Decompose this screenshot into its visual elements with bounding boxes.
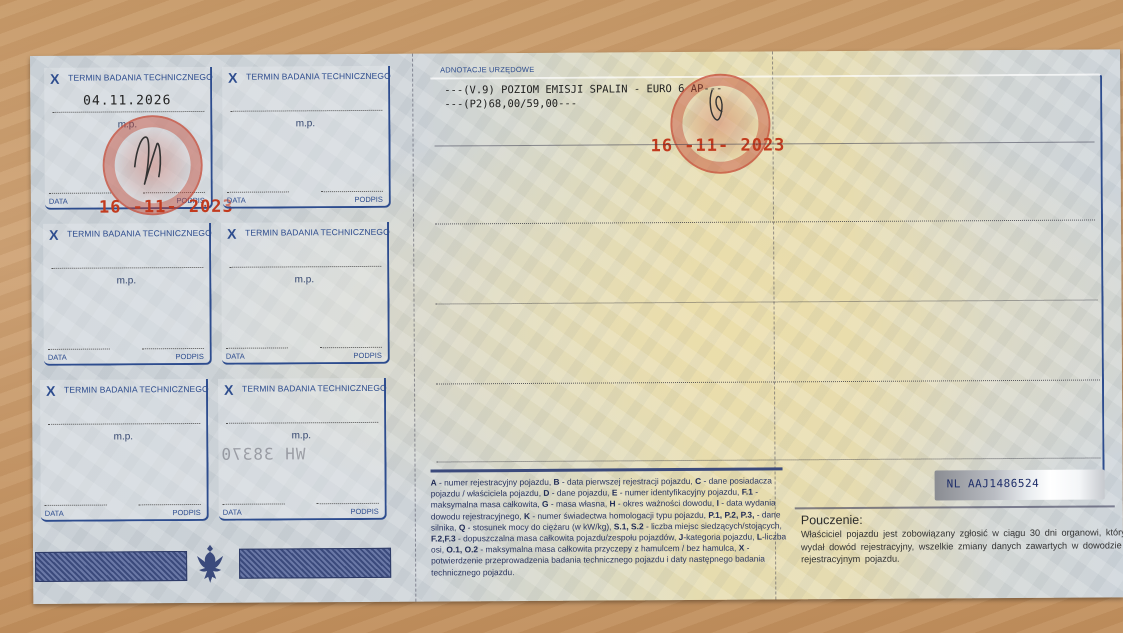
x-mark: X [50,71,59,87]
box-title: TERMIN BADANIA TECHNICZNEGO [67,228,212,239]
data-label: DATA [227,196,246,205]
notice-text: Właściciel pojazdu jest zobowiązany zgło… [801,526,1123,566]
inspection-box-4: X TERMIN BADANIA TECHNICZNEGO m.p. DATA … [221,222,390,365]
data-label: DATA [49,197,68,206]
x-mark: X [46,383,55,399]
date-line [48,423,200,425]
podpis-label: PODPIS [172,508,200,517]
podpis-line [317,503,379,504]
podpis-line [321,191,383,192]
hologram-serial: NL AAJ1486524 [947,477,1040,491]
perforation-ghost-text: WH 38370 [220,444,305,464]
date-line [229,266,381,268]
podpis-label: PODPIS [175,352,203,361]
stamp-date: 16 -11- 2023 [651,135,786,156]
signature-icon [128,127,168,197]
date-line [51,267,203,269]
data-line [48,349,110,350]
notice-title: Pouczenie: [801,513,863,527]
box-title: TERMIN BADANIA TECHNICZNEGO [242,383,387,394]
data-label: DATA [226,352,245,361]
data-line [49,193,111,194]
inspection-box-6: X TERMIN BADANIA TECHNICZNEGO m.p. WH 38… [218,378,387,521]
seal-placeholder: m.p. [43,275,209,287]
data-line [45,505,107,506]
x-mark: X [49,227,58,243]
data-label: DATA [48,353,67,362]
signature-icon [702,86,732,126]
podpis-line [142,348,204,349]
security-band-left [35,551,187,582]
polish-eagle-icon [193,543,227,585]
podpis-label: PODPIS [350,507,378,516]
date-line [230,110,382,112]
annotations-label: ADNOTACJE URZĘDOWE [440,65,534,75]
data-label: DATA [223,508,242,517]
podpis-line [139,504,201,505]
box-title: TERMIN BADANIA TECHNICZNEGO [64,384,209,395]
inspection-box-2: X TERMIN BADANIA TECHNICZNEGO m.p. DATA … [222,66,391,209]
data-line [226,347,288,348]
data-label: DATA [45,509,64,518]
seal-placeholder: m.p. [221,274,387,286]
data-line [227,191,289,192]
box-title: TERMIN BADANIA TECHNICZNEGO [68,72,213,83]
x-mark: X [228,70,237,86]
seal-placeholder: m.p. [222,118,388,130]
stamp-date: 16 -11- 2023 [99,197,234,218]
box-title: TERMIN BADANIA TECHNICZNEGO [245,227,390,238]
field-legend: A - numer rejestracyjny pojazdu, B - dat… [431,475,792,578]
podpis-line [320,347,382,348]
podpis-label: PODPIS [353,351,381,360]
date-line [226,422,378,424]
inspection-box-3: X TERMIN BADANIA TECHNICZNEGO m.p. DATA … [43,223,212,366]
box-title: TERMIN BADANIA TECHNICZNEGO [246,71,391,82]
x-mark: X [227,226,236,242]
data-line [223,503,285,504]
next-inspection-date: 04.11.2026 [44,93,210,109]
podpis-label: PODPIS [355,195,383,204]
seal-placeholder: m.p. [218,430,384,442]
inspection-box-5: X TERMIN BADANIA TECHNICZNEGO m.p. DATA … [40,379,209,522]
fold-line [412,54,416,602]
notice-divider [795,505,1115,509]
registration-document: X TERMIN BADANIA TECHNICZNEGO 04.11.2026… [30,49,1123,604]
security-band-right [239,548,391,579]
date-line [52,111,204,113]
x-mark: X [224,382,233,398]
seal-placeholder: m.p. [40,431,206,443]
